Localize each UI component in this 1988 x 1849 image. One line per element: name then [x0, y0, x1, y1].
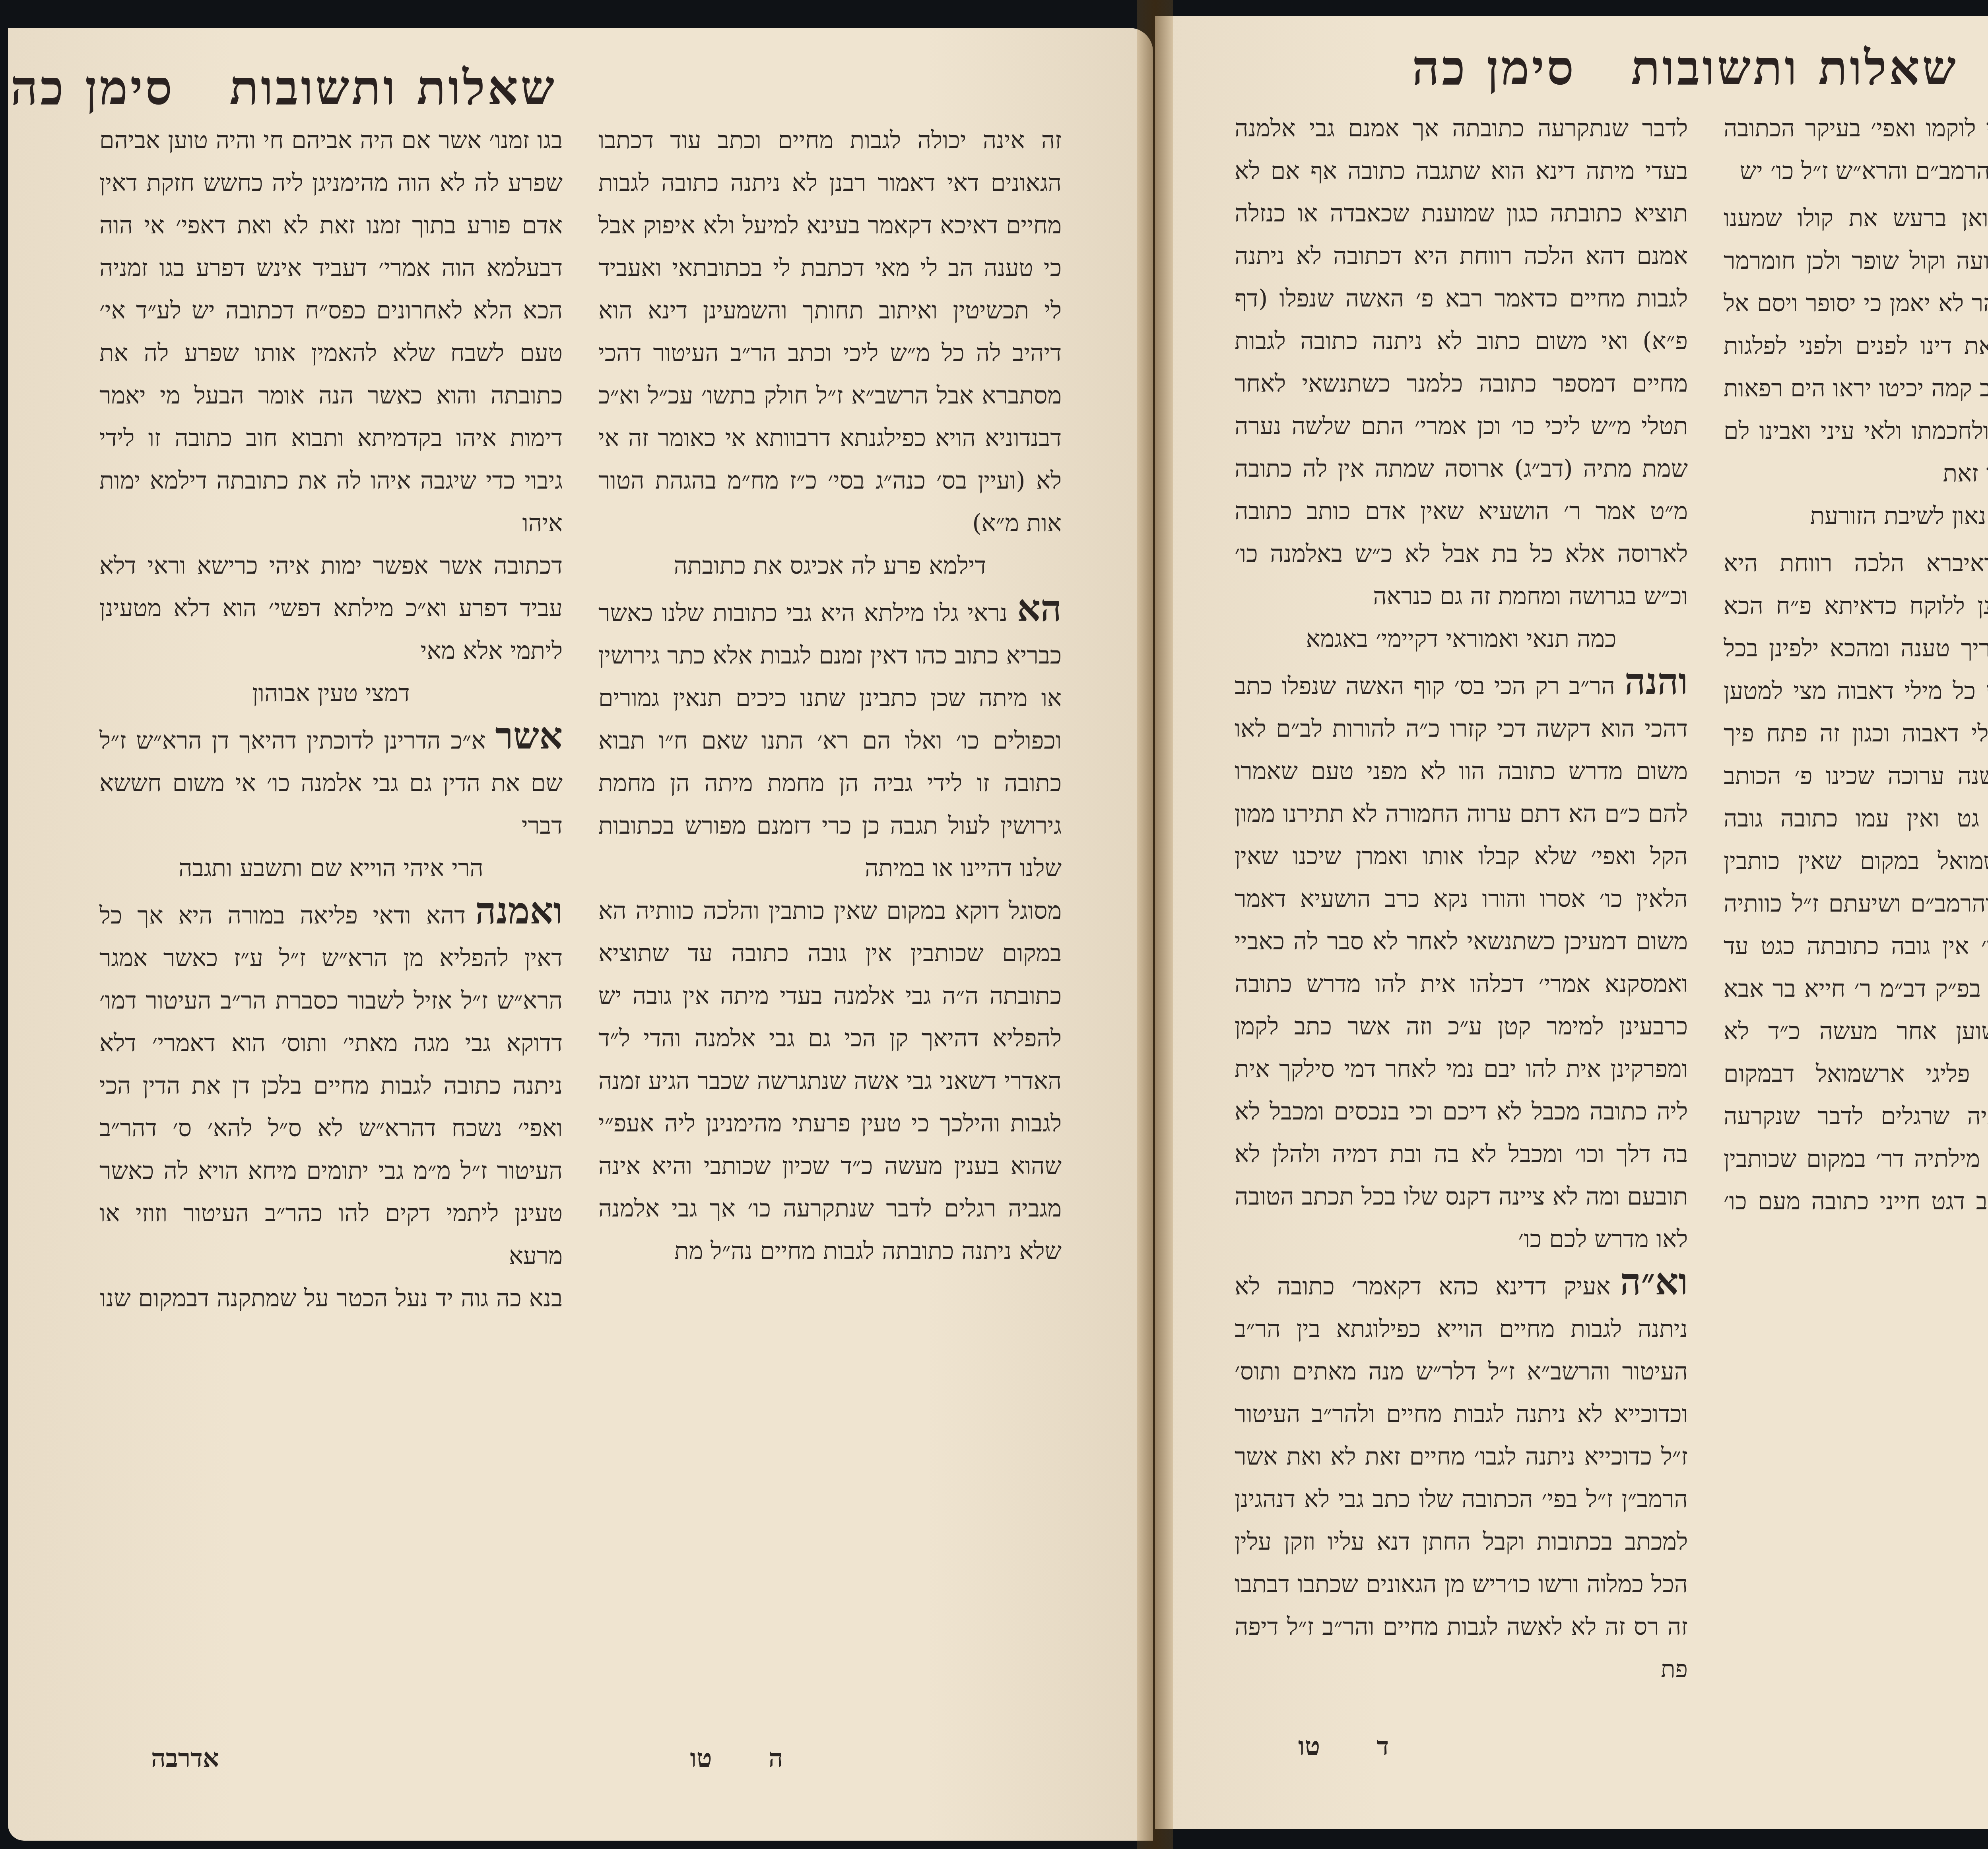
left-page: שאלות ותשובות סימן כה נט זה אינה יכולה ל…: [8, 28, 1153, 1841]
paragraph-text: קול באין שואן ברעש את קולו שמענו הקול קו…: [1724, 204, 1988, 487]
right-page-column-right: הרי זוזי היכא דקיימי לוקמו ואפי׳ בעיקר ה…: [1724, 107, 1988, 1725]
paragraph: בגו זמנו׳ אשר אם היה אביהם חי והיה טוען …: [99, 119, 563, 545]
paragraph: אשרא״כ הדרינן לדוכתין דהיאך דן הרא״ש ז״ל…: [99, 715, 563, 847]
paragraph-text: בנא כה גוה יד נעל הכטר על שמתקנה דבמקום …: [100, 1284, 563, 1312]
right-text-columns: הרי זוזי היכא דקיימי לוקמו ואפי׳ בעיקר ה…: [1235, 107, 1988, 1725]
left-signature: טו: [690, 1743, 712, 1773]
paragraph: דילמא פרע לה אכיגס את כתובתה: [598, 545, 1062, 587]
paragraph: כמה תנאי ואמוראי דקיימי׳ באגמא: [1235, 618, 1688, 660]
right-page: שאלות ותשובות סימן כה הרי זוזי היכא דקיי…: [1155, 16, 1988, 1829]
paragraph: דכתובה אשר אפשר ימות איהי כרישא וראי דלא…: [99, 545, 563, 672]
book-gutter: [1137, 0, 1173, 1849]
left-header-title: שאלות ותשובות: [229, 60, 557, 116]
right-header-siman: סימן כה: [1412, 40, 1576, 96]
paragraph-text: בגו זמנו׳ אשר אם היה אביהם חי והיה טוען …: [99, 126, 563, 537]
right-page-footer: ד טו: [1274, 1731, 1413, 1761]
right-signature: טו: [1298, 1731, 1320, 1761]
left-text-columns: זה אינה יכולה לגבות מחיים וכתב עוד דכתבו…: [99, 119, 1062, 1737]
paragraph: האנראי גלו מילתא היא גבי כתובות שלנו כאש…: [598, 587, 1062, 890]
paragraph-text: כה דברי דאיברא הלכה רווחת היא דטעניק ליו…: [1724, 549, 1988, 1258]
paragraph-text: דילמא פרע לה אכיגס את כתובתה: [674, 552, 986, 580]
left-signature-letter: ה: [769, 1743, 783, 1773]
right-header-title: שאלות ותשובות: [1631, 40, 1958, 96]
section-lead-word: אשר: [495, 714, 563, 757]
paragraph-text: אעיק דדינא כהא דקאמר׳ כתובה לא ניתנה לגב…: [1235, 1273, 1688, 1683]
paragraph-text: דמצי טעין אבוהון: [252, 679, 410, 707]
right-page-column-left: לדבר שנתקרעה כתובתה אך אמנם גבי אלמנה בע…: [1235, 107, 1688, 1725]
paragraph-text: נראי גלו מילתא היא גבי כתובות שלנו כאשר …: [598, 599, 1062, 882]
paragraph: והנההר״ב רק הכי בס׳ קוף האשה שנפלו כתב ד…: [1235, 660, 1688, 1261]
paragraph-text: מסוגל דוקא במקום שאין כותבין והלכה כוותי…: [598, 897, 1062, 1265]
paragraph: דמצי טעין אבוהון: [99, 672, 563, 715]
paragraph: זה אינה יכולה לגבות מחיים וכתב עוד דכתבו…: [598, 119, 1062, 545]
section-lead-word: הא: [1017, 587, 1062, 630]
paragraph: וא״האעיק דדינא כהא דקאמר׳ כתובה לא ניתנה…: [1235, 1261, 1688, 1691]
paragraph: הרי זוזי היכא דקיימי לוקמו ואפי׳ בעיקר ה…: [1724, 107, 1988, 192]
left-page-column-left: בגו זמנו׳ אשר אם היה אביהם חי והיה טוען …: [99, 119, 563, 1737]
paragraph: והנהקול באין שואן ברעש את קולו שמענו הקו…: [1724, 192, 1988, 495]
section-lead-word: ואמנה: [475, 889, 563, 932]
section-lead-word: והנה: [1625, 660, 1688, 703]
right-signature-letter: ד: [1376, 1731, 1389, 1761]
left-catchword: אדרבה: [151, 1743, 219, 1773]
paragraph: לדבר שנתקרעה כתובתה אך אמנם גבי אלמנה בע…: [1235, 107, 1688, 618]
paragraph-text: דהא ודאי פליאה במורה היא אך כל דאין להפל…: [99, 902, 563, 1270]
left-header-siman: סימן כה: [10, 60, 175, 116]
paragraph-text: הרי איהי הוייא שם ותשבע ותגבה: [179, 854, 483, 882]
paragraph-text: דכתובה אשר אפשר ימות איהי כרישא וראי דלא…: [99, 552, 563, 665]
paragraph-text: הר״ב רק הכי בס׳ קוף האשה שנפלו כתב דהכי …: [1235, 672, 1688, 1253]
paragraph-text: הרי זוזי היכא דקיימי לוקמו ואפי׳ בעיקר ה…: [1724, 114, 1988, 185]
paragraph-text: היות הדבר נאון לשיבת הזורעת: [1810, 502, 1988, 530]
paragraph: הלאכה דברי דאיברא הלכה רווחת היא דטעניק …: [1724, 537, 1988, 1265]
paragraph-text: זה אינה יכולה לגבות מחיים וכתב עוד דכתבו…: [598, 126, 1062, 537]
section-lead-word: וא״ה: [1620, 1260, 1688, 1303]
left-page-footer: ה טו אדרבה: [127, 1743, 807, 1773]
right-running-header: שאלות ותשובות סימן כה: [1412, 40, 1958, 96]
paragraph-text: כמה תנאי ואמוראי דקיימי׳ באגמא: [1306, 625, 1617, 653]
paragraph-text: א״כ הדרינן לדוכתין דהיאך דן הרא״ש ז״ל שם…: [99, 727, 563, 840]
paragraph: בנא כה גוה יד נעל הכטר על שמתקנה דבמקום …: [99, 1277, 563, 1320]
paragraph: הרי איהי הוייא שם ותשבע ותגבה: [99, 847, 563, 890]
left-page-column-right: זה אינה יכולה לגבות מחיים וכתב עוד דכתבו…: [598, 119, 1062, 1737]
paragraph: ואמנהדהא ודאי פליאה במורה היא אך כל דאין…: [99, 890, 563, 1277]
left-running-header: שאלות ותשובות סימן כה נט: [0, 60, 557, 116]
paragraph-text: לדבר שנתקרעה כתובתה אך אמנם גבי אלמנה בע…: [1235, 114, 1688, 610]
paragraph: היות הדבר נאון לשיבת הזורעת: [1724, 495, 1988, 537]
paragraph: מסוגל דוקא במקום שאין כותבין והלכה כוותי…: [598, 890, 1062, 1273]
